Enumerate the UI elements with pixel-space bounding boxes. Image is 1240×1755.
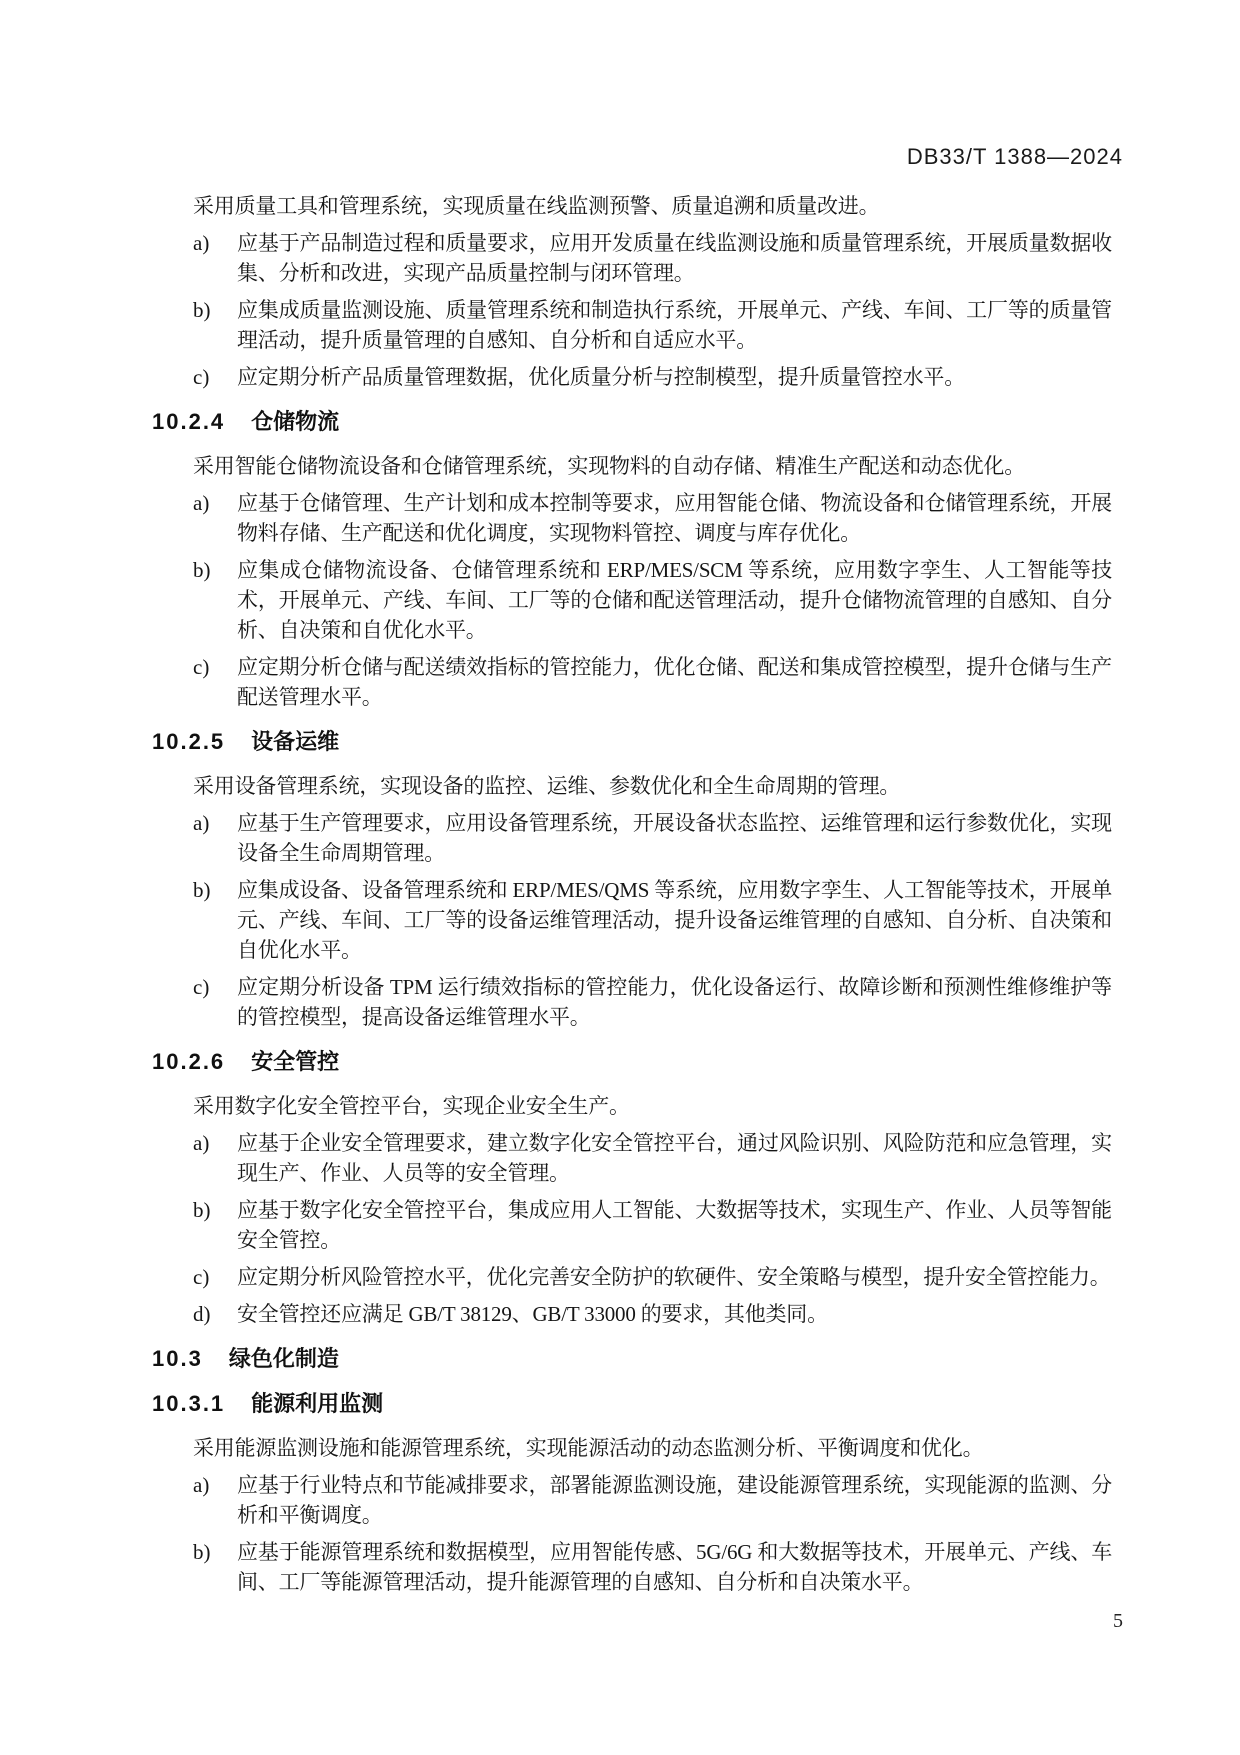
item-text: 应基于数字化安全管控平台，集成应用人工智能、大数据等技术，实现生产、作业、人员等… (237, 1198, 1112, 1252)
item-marker: c) (193, 1262, 209, 1292)
item-marker: b) (193, 1537, 211, 1567)
item-marker: b) (193, 1195, 211, 1225)
list-item: c) 应定期分析仓储与配送绩效指标的管控能力，优化仓储、配送和集成管控模型，提升… (152, 652, 1112, 712)
item-marker: c) (193, 652, 209, 682)
item-text: 应基于能源管理系统和数据模型，应用智能传感、5G/6G 和大数据等技术，开展单元… (237, 1540, 1112, 1594)
list-item: c) 应定期分析设备 TPM 运行绩效指标的管控能力，优化设备运行、故障诊断和预… (152, 972, 1112, 1032)
section-block: 10.3.1能源利用监测 采用能源监测设施和能源管理系统，实现能源活动的动态监测… (152, 1389, 1112, 1597)
page-content: 采用质量工具和管理系统，实现质量在线监测预警、质量追溯和质量改进。 a) 应基于… (152, 191, 1112, 1597)
section-block: 10.2.4仓储物流 采用智能仓储物流设备和仓储管理系统，实现物料的自动存储、精… (152, 407, 1112, 712)
item-marker: a) (193, 488, 209, 518)
document-code: DB33/T 1388—2024 (907, 144, 1123, 170)
item-text: 应基于行业特点和节能减排要求，部署能源监测设施，建设能源管理系统，实现能源的监测… (237, 1473, 1112, 1527)
heading-number: 10.2.6 (152, 1049, 225, 1074)
section-heading: 10.3绿色化制造 (152, 1344, 1112, 1374)
intro-paragraph: 采用设备管理系统，实现设备的监控、运维、参数优化和全生命周期的管理。 (152, 771, 1112, 801)
intro-paragraph: 采用智能仓储物流设备和仓储管理系统，实现物料的自动存储、精准生产配送和动态优化。 (152, 451, 1112, 481)
item-marker: b) (193, 555, 211, 585)
item-text: 安全管控还应满足 GB/T 38129、GB/T 33000 的要求，其他类同。 (237, 1302, 828, 1326)
heading-title: 安全管控 (251, 1049, 339, 1074)
intro-paragraph: 采用质量工具和管理系统，实现质量在线监测预警、质量追溯和质量改进。 (152, 191, 1112, 221)
list-item: a) 应基于企业安全管理要求，建立数字化安全管控平台，通过风险识别、风险防范和应… (152, 1128, 1112, 1188)
section-block: 10.3绿色化制造 (152, 1344, 1112, 1374)
intro-paragraph: 采用能源监测设施和能源管理系统，实现能源活动的动态监测分析、平衡调度和优化。 (152, 1433, 1112, 1463)
item-text: 应集成仓储物流设备、仓储管理系统和 ERP/MES/SCM 等系统，应用数字孪生… (237, 558, 1112, 642)
section-block: 10.2.6安全管控 采用数字化安全管控平台，实现企业安全生产。 a) 应基于企… (152, 1047, 1112, 1329)
document-page: DB33/T 1388—2024 采用质量工具和管理系统，实现质量在线监测预警、… (0, 0, 1240, 1755)
ordered-list: a) 应基于行业特点和节能减排要求，部署能源监测设施，建设能源管理系统，实现能源… (152, 1470, 1112, 1597)
heading-number: 10.3 (152, 1346, 203, 1371)
intro-paragraph: 采用数字化安全管控平台，实现企业安全生产。 (152, 1091, 1112, 1121)
item-marker: a) (193, 1128, 209, 1158)
item-marker: a) (193, 228, 209, 258)
item-marker: a) (193, 808, 209, 838)
list-item: d) 安全管控还应满足 GB/T 38129、GB/T 33000 的要求，其他… (152, 1299, 1112, 1329)
list-item: c) 应定期分析产品质量管理数据，优化质量分析与控制模型，提升质量管控水平。 (152, 362, 1112, 392)
item-text: 应定期分析风险管控水平，优化完善安全防护的软硬件、安全策略与模型，提升安全管控能… (237, 1265, 1111, 1289)
section-heading: 10.3.1能源利用监测 (152, 1389, 1112, 1419)
item-text: 应基于生产管理要求，应用设备管理系统，开展设备状态监控、运维管理和运行参数优化，… (237, 811, 1112, 865)
section-heading: 10.2.6安全管控 (152, 1047, 1112, 1077)
item-text: 应基于产品制造过程和质量要求，应用开发质量在线监测设施和质量管理系统，开展质量数… (237, 231, 1112, 285)
list-item: a) 应基于生产管理要求，应用设备管理系统，开展设备状态监控、运维管理和运行参数… (152, 808, 1112, 868)
heading-title: 设备运维 (251, 729, 339, 754)
item-marker: b) (193, 295, 211, 325)
ordered-list: a) 应基于生产管理要求，应用设备管理系统，开展设备状态监控、运维管理和运行参数… (152, 808, 1112, 1032)
item-marker: c) (193, 362, 209, 392)
heading-title: 能源利用监测 (251, 1391, 383, 1416)
section-block: 10.2.5设备运维 采用设备管理系统，实现设备的监控、运维、参数优化和全生命周… (152, 727, 1112, 1032)
item-marker: a) (193, 1470, 209, 1500)
section-heading: 10.2.5设备运维 (152, 727, 1112, 757)
ordered-list: a) 应基于产品制造过程和质量要求，应用开发质量在线监测设施和质量管理系统，开展… (152, 228, 1112, 392)
item-marker: d) (193, 1299, 211, 1329)
list-item: a) 应基于产品制造过程和质量要求，应用开发质量在线监测设施和质量管理系统，开展… (152, 228, 1112, 288)
item-text: 应定期分析仓储与配送绩效指标的管控能力，优化仓储、配送和集成管控模型，提升仓储与… (237, 655, 1112, 709)
list-item: c) 应定期分析风险管控水平，优化完善安全防护的软硬件、安全策略与模型，提升安全… (152, 1262, 1112, 1292)
item-marker: c) (193, 972, 209, 1002)
item-text: 应基于企业安全管理要求，建立数字化安全管控平台，通过风险识别、风险防范和应急管理… (237, 1131, 1112, 1185)
heading-number: 10.2.5 (152, 729, 225, 754)
list-item: b) 应集成设备、设备管理系统和 ERP/MES/QMS 等系统，应用数字孪生、… (152, 875, 1112, 965)
item-text: 应定期分析设备 TPM 运行绩效指标的管控能力，优化设备运行、故障诊断和预测性维… (237, 975, 1112, 1029)
list-item: b) 应基于能源管理系统和数据模型，应用智能传感、5G/6G 和大数据等技术，开… (152, 1537, 1112, 1597)
list-item: b) 应集成仓储物流设备、仓储管理系统和 ERP/MES/SCM 等系统，应用数… (152, 555, 1112, 645)
item-marker: b) (193, 875, 211, 905)
heading-title: 仓储物流 (251, 409, 339, 434)
section-heading: 10.2.4仓储物流 (152, 407, 1112, 437)
item-text: 应基于仓储管理、生产计划和成本控制等要求，应用智能仓储、物流设备和仓储管理系统，… (237, 491, 1112, 545)
ordered-list: a) 应基于企业安全管理要求，建立数字化安全管控平台，通过风险识别、风险防范和应… (152, 1128, 1112, 1329)
list-item: b) 应集成质量监测设施、质量管理系统和制造执行系统，开展单元、产线、车间、工厂… (152, 295, 1112, 355)
list-item: a) 应基于行业特点和节能减排要求，部署能源监测设施，建设能源管理系统，实现能源… (152, 1470, 1112, 1530)
page-number: 5 (1113, 1610, 1123, 1633)
heading-title: 绿色化制造 (229, 1346, 339, 1371)
section-block: 采用质量工具和管理系统，实现质量在线监测预警、质量追溯和质量改进。 a) 应基于… (152, 191, 1112, 392)
ordered-list: a) 应基于仓储管理、生产计划和成本控制等要求，应用智能仓储、物流设备和仓储管理… (152, 488, 1112, 712)
item-text: 应集成设备、设备管理系统和 ERP/MES/QMS 等系统，应用数字孪生、人工智… (237, 878, 1112, 962)
heading-number: 10.2.4 (152, 409, 225, 434)
item-text: 应集成质量监测设施、质量管理系统和制造执行系统，开展单元、产线、车间、工厂等的质… (237, 298, 1112, 352)
list-item: a) 应基于仓储管理、生产计划和成本控制等要求，应用智能仓储、物流设备和仓储管理… (152, 488, 1112, 548)
item-text: 应定期分析产品质量管理数据，优化质量分析与控制模型，提升质量管控水平。 (237, 365, 965, 389)
heading-number: 10.3.1 (152, 1391, 225, 1416)
list-item: b) 应基于数字化安全管控平台，集成应用人工智能、大数据等技术，实现生产、作业、… (152, 1195, 1112, 1255)
